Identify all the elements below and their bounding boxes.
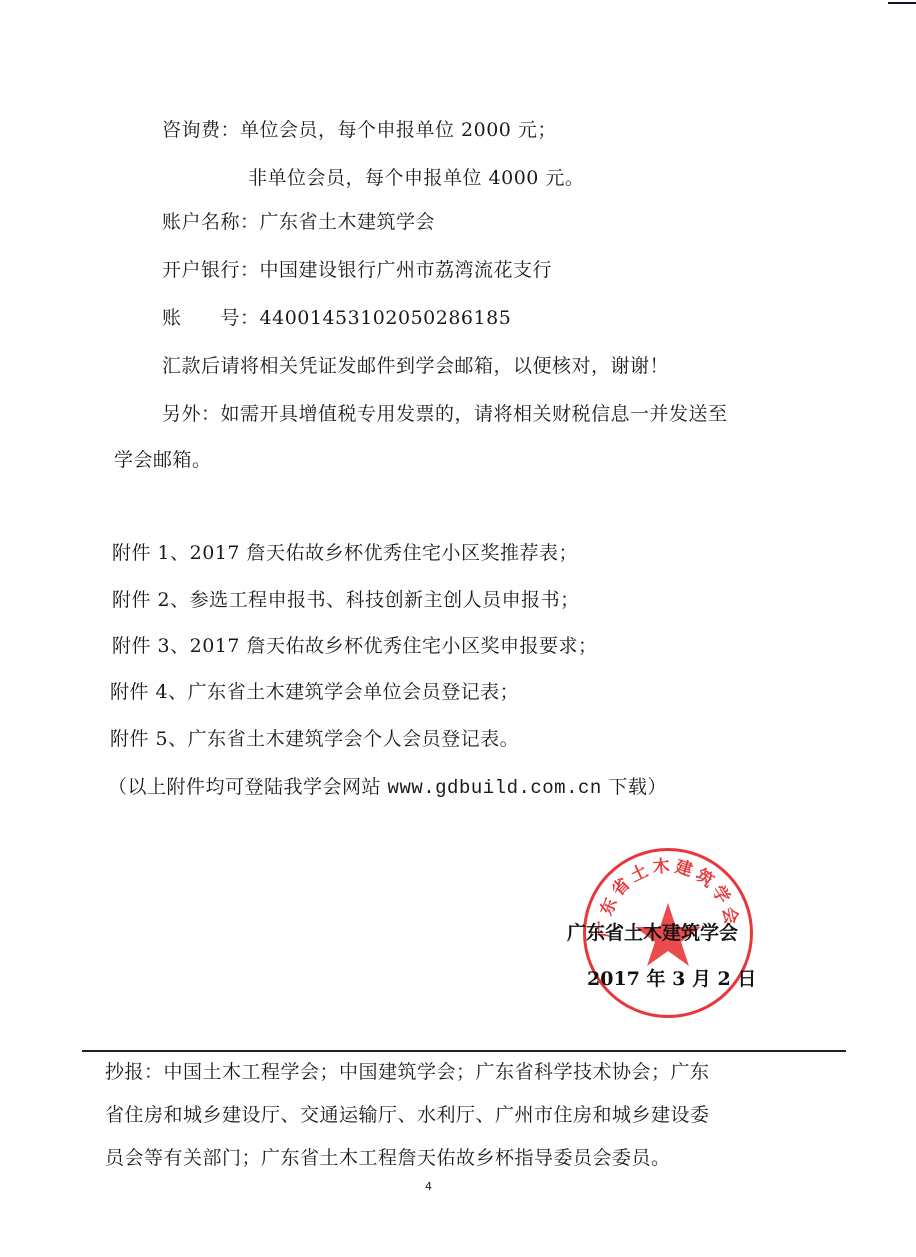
account-name: 账户名称：广东省土木建筑学会 [162, 210, 435, 234]
account-number-label: 账 号： [162, 307, 260, 329]
cc-line3: 员会等有关部门；广东省土木工程詹天佑故乡杯指导委员会委员。 [105, 1146, 671, 1170]
invoice-note-line1: 另外：如需开具增值税专用发票的，请将相关财税信息一并发送至 [162, 402, 728, 426]
attachment-item: 附件 1、2017 詹天佑故乡杯优秀住宅小区奖推荐表； [112, 541, 578, 565]
cc-line2: 省住房和城乡建设厅、交通运输厅、水利厅、广州市住房和城乡建设委 [105, 1103, 710, 1127]
fee-line-nonmember: 非单位会员，每个申报单位 4000 元。 [248, 166, 584, 190]
attachment-item: 附件 4、广东省土木建筑学会单位会员登记表； [110, 680, 519, 704]
download-note-suffix: 下载） [602, 776, 667, 798]
account-number: 44001453102050286185 [260, 307, 512, 329]
fee-line-member: 咨询费：单位会员，每个申报单位 2000 元； [162, 118, 557, 142]
cc-line1: 抄报：中国土木工程学会；中国建筑学会；广东省科学技术协会；广东 [105, 1060, 710, 1084]
website-link[interactable]: www.gdbuild.com.cn [388, 777, 602, 799]
download-note-prefix: （以上附件均可登陆我学会网站 [108, 776, 388, 798]
attachment-item: 附件 2、参选工程申报书、科技创新主创人员申报书； [112, 588, 580, 612]
cc-divider [82, 1050, 846, 1052]
download-note: （以上附件均可登陆我学会网站 www.gdbuild.com.cn 下载） [108, 775, 667, 800]
attachment-item: 附件 5、广东省土木建筑学会个人会员登记表。 [110, 727, 519, 751]
bank-name: 开户银行：中国建设银行广州市荔湾流花支行 [162, 258, 552, 282]
signing-date: 2017 年 3 月 2 日 [587, 964, 756, 991]
page-number: 4 [425, 1180, 432, 1193]
invoice-note-line2: 学会邮箱。 [114, 448, 212, 472]
scan-edge-mark [888, 2, 916, 4]
account-number-row: 账 号：44001453102050286185 [162, 306, 511, 330]
attachment-item: 附件 3、2017 詹天佑故乡杯优秀住宅小区奖申报要求； [112, 634, 598, 658]
signing-organization: 广东省土木建筑学会 [567, 918, 738, 945]
remit-note: 汇款后请将相关凭证发邮件到学会邮箱，以便核对，谢谢！ [162, 354, 669, 378]
